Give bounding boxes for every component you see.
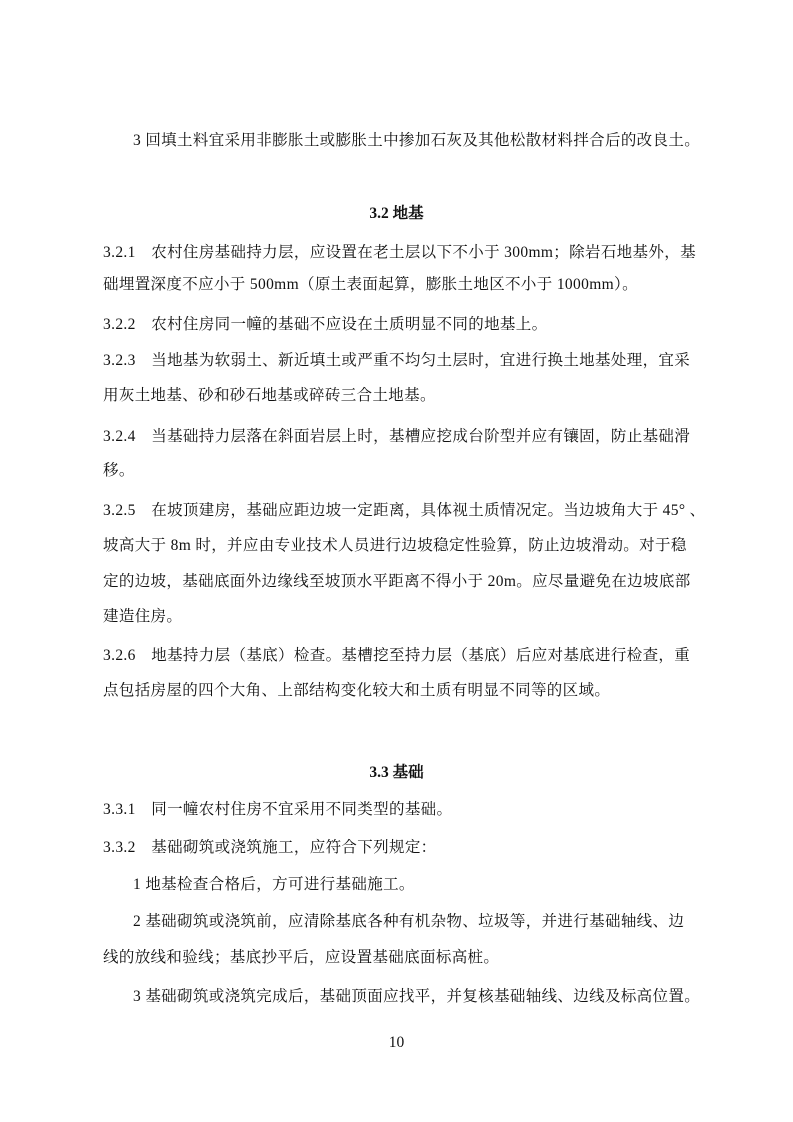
clause-text: 农村住房基础持力层，应设置在老土层以下不小于 300mm；除岩石地基外，基: [151, 244, 696, 261]
list-item-text: 线的放线和验线；基底抄平后，应设置基础底面标高桩。: [103, 948, 693, 968]
clause-text: 建造住房。: [103, 607, 693, 627]
clause-number: 3.2.5: [103, 501, 147, 521]
clause-text: 定的边坡，基础底面外边缘线至坡顶水平距离不得小于 20m。应尽量避免在边坡底部: [103, 572, 693, 592]
fill-material-item-3: 3 回填土料宜采用非膨胀土或膨胀土中掺加石灰及其他松散材料拌合后的改良土。: [133, 131, 723, 151]
list-item-text: 2 基础砌筑或浇筑前，应清除基底各种有机杂物、垃圾等，并进行基础轴线、边: [133, 912, 723, 932]
clause-text: 地基持力层（基底）检查。基槽挖至持力层（基底）后应对基底进行检查，重: [151, 647, 690, 664]
clause-text: 用灰土地基、砂和砂石地基或碎砖三合土地基。: [103, 386, 693, 406]
clause-text: 同一幢农村住房不宜采用不同类型的基础。: [151, 801, 452, 818]
clause-text: 础埋置深度不应小于 500mm（原土表面起算，膨胀土地区不小于 1000mm）。: [103, 275, 693, 295]
page-number: 10: [0, 1034, 793, 1052]
clause-text: 农村住房同一幢的基础不应设在土质明显不同的地基上。: [151, 316, 547, 333]
clause-number: 3.2.1: [103, 243, 147, 263]
clause-text: 坡高大于 8m 时，并应由专业技术人员进行边坡稳定性验算，防止边坡滑动。对于稳: [103, 536, 693, 556]
section-heading-3-3: 3.3 基础: [0, 763, 793, 783]
list-item-1: 1 地基检查合格后，方可进行基础施工。: [133, 875, 723, 895]
clause-number: 3.2.2: [103, 315, 147, 335]
clause-number: 3.2.4: [103, 427, 147, 447]
clause-number: 3.3.2: [103, 838, 147, 858]
clause-number: 3.3.1: [103, 800, 147, 820]
clause-number: 3.2.6: [103, 646, 147, 666]
list-item-3: 3 基础砌筑或浇筑完成后，基础顶面应找平，并复核基础轴线、边线及标高位置。: [133, 987, 723, 1007]
clause-text: 当基础持力层落在斜面岩层上时，基槽应挖成台阶型并应有镶固，防止基础滑: [151, 428, 690, 445]
clause-text: 当地基为软弱土、新近填土或严重不均匀土层时，宜进行换土地基处理，宜采: [151, 352, 690, 369]
clause-text: 在坡顶建房，基础应距边坡一定距离，具体视土质情况定。当边坡角大于 45° 、: [151, 502, 705, 519]
clause-text: 点包括房屋的四个大角、上部结构变化较大和土质有明显不同等的区域。: [103, 681, 693, 701]
clause-text: 基础砌筑或浇筑施工，应符合下列规定：: [151, 839, 436, 856]
clause-number: 3.2.3: [103, 351, 147, 371]
section-heading-3-2: 3.2 地基: [0, 204, 793, 224]
clause-text: 移。: [103, 461, 693, 481]
